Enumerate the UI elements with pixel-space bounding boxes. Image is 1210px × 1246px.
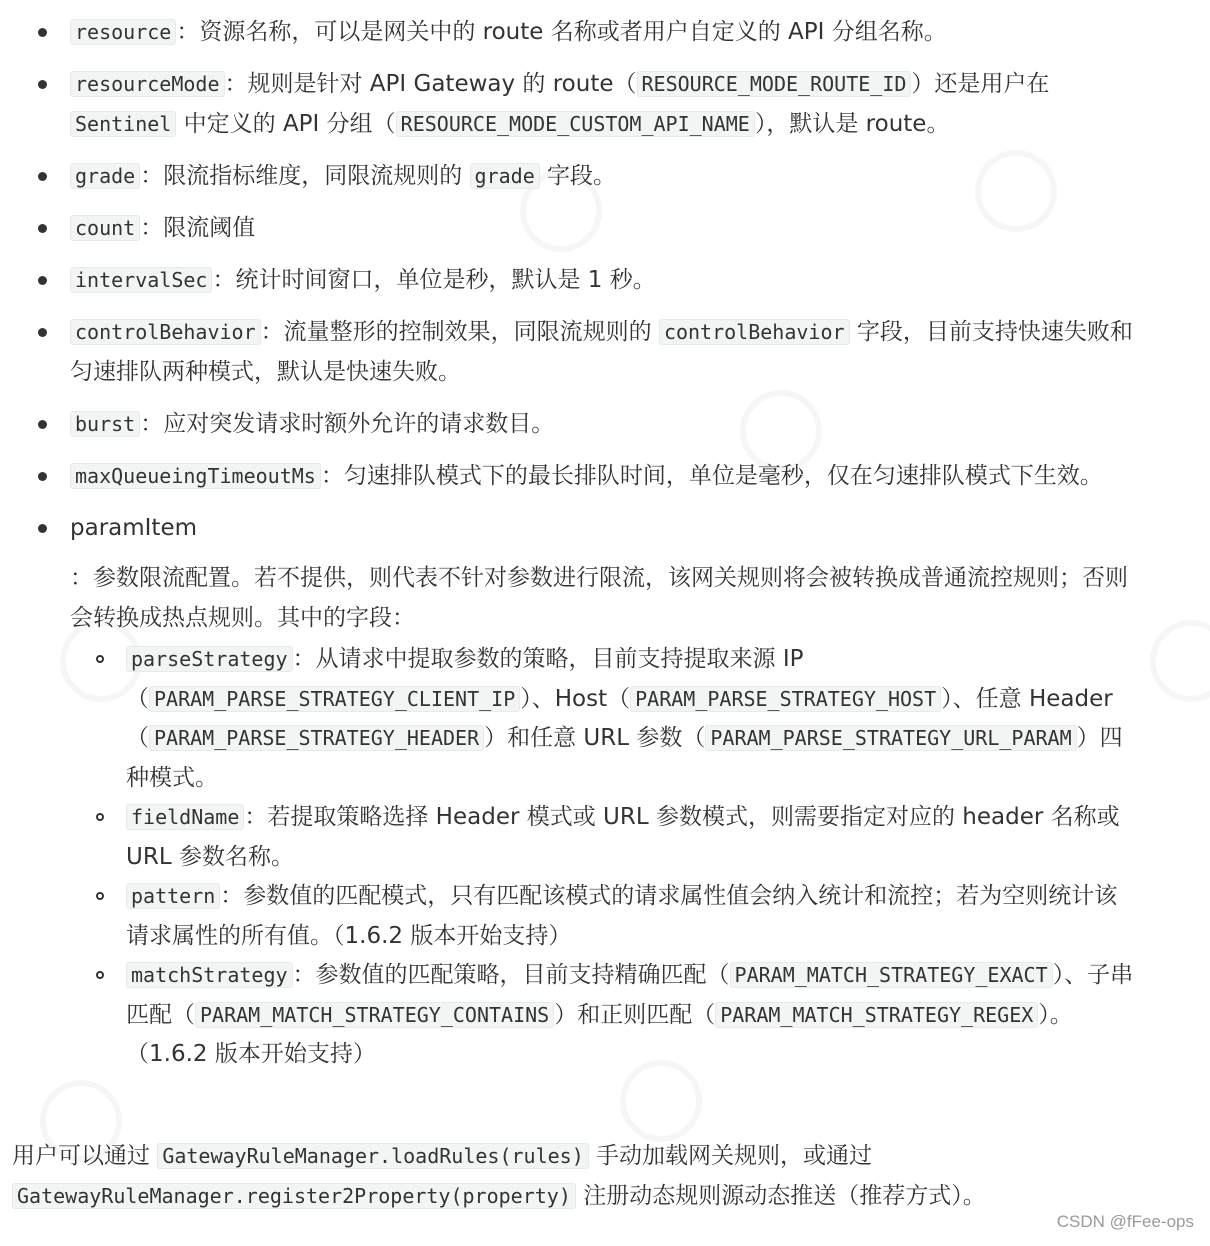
list-item-maxqueueingtimeoutms: maxQueueingTimeoutMs：匀速排队模式下的最长排队时间，单位是毫… — [0, 456, 1140, 496]
code-inline: Sentinel — [70, 111, 176, 137]
list-item-paramitem: paramItem ：参数限流配置。若不提供，则代表不针对参数进行限流，该网关规… — [0, 508, 1140, 1075]
bullet-icon — [38, 276, 47, 285]
code-inline: count — [70, 215, 140, 241]
code-inline: resource — [70, 19, 176, 45]
code-inline: burst — [70, 411, 140, 437]
sublist-item-parsestrategy: parseStrategy：从请求中提取参数的策略，目前支持提取来源 IP（PA… — [70, 640, 1140, 798]
code-inline: fieldName — [126, 804, 244, 830]
item-description: ：参数限流配置。若不提供，则代表不针对参数进行限流，该网关规则将会被转换成普通流… — [70, 548, 1140, 638]
bullet-icon — [38, 80, 47, 89]
item-text: ：限流阈值 — [140, 215, 255, 241]
bullet-icon — [38, 172, 47, 181]
item-text: ：参数值的匹配策略，目前支持精确匹配（ — [293, 962, 730, 988]
item-text: ）和任意 URL 参数（ — [484, 725, 705, 751]
document-page: resource：资源名称，可以是网关中的 route 名称或者用户自定义的 A… — [0, 0, 1210, 1246]
bullet-icon — [38, 224, 47, 233]
code-inline: PARAM_MATCH_STRATEGY_CONTAINS — [195, 1002, 554, 1028]
code-inline: controlBehavior — [70, 319, 261, 345]
list-item-controlbehavior: controlBehavior：流量整形的控制效果，同限流规则的 control… — [0, 312, 1140, 392]
code-inline: controlBehavior — [659, 319, 850, 345]
circle-bullet-icon — [96, 971, 104, 979]
list-item-resourcemode: resourceMode：规则是针对 API Gateway 的 route（R… — [0, 64, 1140, 144]
footer-text: 用户可以通过 — [12, 1143, 157, 1169]
item-text: ：规则是针对 API Gateway 的 route（ — [225, 71, 637, 97]
field-list: resource：资源名称，可以是网关中的 route 名称或者用户自定义的 A… — [0, 12, 1140, 1087]
code-inline: matchStrategy — [126, 962, 293, 988]
code-inline: parseStrategy — [126, 646, 293, 672]
item-text: ：统计时间窗口，单位是秒，默认是 1 秒。 — [212, 267, 655, 293]
bullet-icon — [38, 524, 47, 533]
item-text: ）还是用户在 — [911, 71, 1049, 97]
code-inline: RESOURCE_MODE_CUSTOM_API_NAME — [396, 111, 755, 137]
code-inline: GatewayRuleManager.register2Property(pro… — [12, 1183, 576, 1209]
bullet-icon — [38, 328, 47, 337]
code-inline: intervalSec — [70, 267, 212, 293]
footer-text: 手动加载网关规则，或通过 — [589, 1143, 872, 1169]
sublist-item-matchstrategy: matchStrategy：参数值的匹配策略，目前支持精确匹配（PARAM_MA… — [70, 956, 1140, 1075]
item-label: paramItem — [70, 515, 197, 541]
csdn-credit: CSDN @fFee-ops — [1057, 1212, 1194, 1232]
circle-bullet-icon — [96, 655, 104, 663]
code-inline: pattern — [126, 883, 220, 909]
code-inline: PARAM_PARSE_STRATEGY_CLIENT_IP — [149, 686, 520, 712]
footer-paragraph: 用户可以通过 GatewayRuleManager.loadRules(rule… — [12, 1136, 1192, 1216]
item-text: ：限流指标维度，同限流规则的 — [140, 163, 469, 189]
code-inline: PARAM_MATCH_STRATEGY_EXACT — [730, 962, 1053, 988]
code-inline: PARAM_PARSE_STRATEGY_HEADER — [149, 725, 484, 751]
watermark-logo — [1150, 620, 1210, 702]
list-item-resource: resource：资源名称，可以是网关中的 route 名称或者用户自定义的 A… — [0, 12, 1140, 52]
item-text: ），默认是 route。 — [755, 111, 950, 137]
item-text: ：参数值的匹配模式，只有匹配该模式的请求属性值会纳入统计和流控；若为空则统计该请… — [126, 883, 1117, 949]
footer-text: 注册动态规则源动态推送（推荐方式）。 — [576, 1183, 986, 1209]
item-text: 中定义的 API 分组（ — [176, 111, 395, 137]
circle-bullet-icon — [96, 813, 104, 821]
item-text: ：若提取策略选择 Header 模式或 URL 参数模式，则需要指定对应的 he… — [126, 804, 1120, 870]
code-inline: PARAM_MATCH_STRATEGY_REGEX — [715, 1002, 1038, 1028]
list-item-count: count：限流阈值 — [0, 208, 1140, 248]
list-item-grade: grade：限流指标维度，同限流规则的 grade 字段。 — [0, 156, 1140, 196]
code-inline: PARAM_PARSE_STRATEGY_HOST — [630, 686, 941, 712]
sublist-item-fieldname: fieldName：若提取策略选择 Header 模式或 URL 参数模式，则需… — [70, 798, 1140, 877]
bullet-icon — [38, 28, 47, 37]
list-item-burst: burst：应对突发请求时额外允许的请求数目。 — [0, 404, 1140, 444]
code-inline: resourceMode — [70, 71, 225, 97]
item-text: ：资源名称，可以是网关中的 route 名称或者用户自定义的 API 分组名称。 — [176, 19, 946, 45]
code-inline: grade — [70, 163, 140, 189]
code-inline: GatewayRuleManager.loadRules(rules) — [157, 1143, 588, 1169]
item-text: ：匀速排队模式下的最长排队时间，单位是毫秒，仅在匀速排队模式下生效。 — [321, 463, 1103, 489]
item-text: ）和正则匹配（ — [554, 1002, 715, 1028]
item-text: ：流量整形的控制效果，同限流规则的 — [261, 319, 659, 345]
circle-bullet-icon — [96, 892, 104, 900]
code-inline: RESOURCE_MODE_ROUTE_ID — [637, 71, 912, 97]
item-text: ）、Host（ — [520, 686, 630, 712]
list-item-intervalsec: intervalSec：统计时间窗口，单位是秒，默认是 1 秒。 — [0, 260, 1140, 300]
sublist-item-pattern: pattern：参数值的匹配模式，只有匹配该模式的请求属性值会纳入统计和流控；若… — [70, 877, 1140, 956]
item-text: ：应对突发请求时额外允许的请求数目。 — [140, 411, 554, 437]
code-inline: maxQueueingTimeoutMs — [70, 463, 321, 489]
bullet-icon — [38, 472, 47, 481]
bullet-icon — [38, 420, 47, 429]
item-text: 字段。 — [540, 163, 616, 189]
code-inline: PARAM_PARSE_STRATEGY_URL_PARAM — [705, 725, 1076, 751]
code-inline: grade — [470, 163, 540, 189]
param-item-sublist: parseStrategy：从请求中提取参数的策略，目前支持提取来源 IP（PA… — [70, 640, 1140, 1075]
